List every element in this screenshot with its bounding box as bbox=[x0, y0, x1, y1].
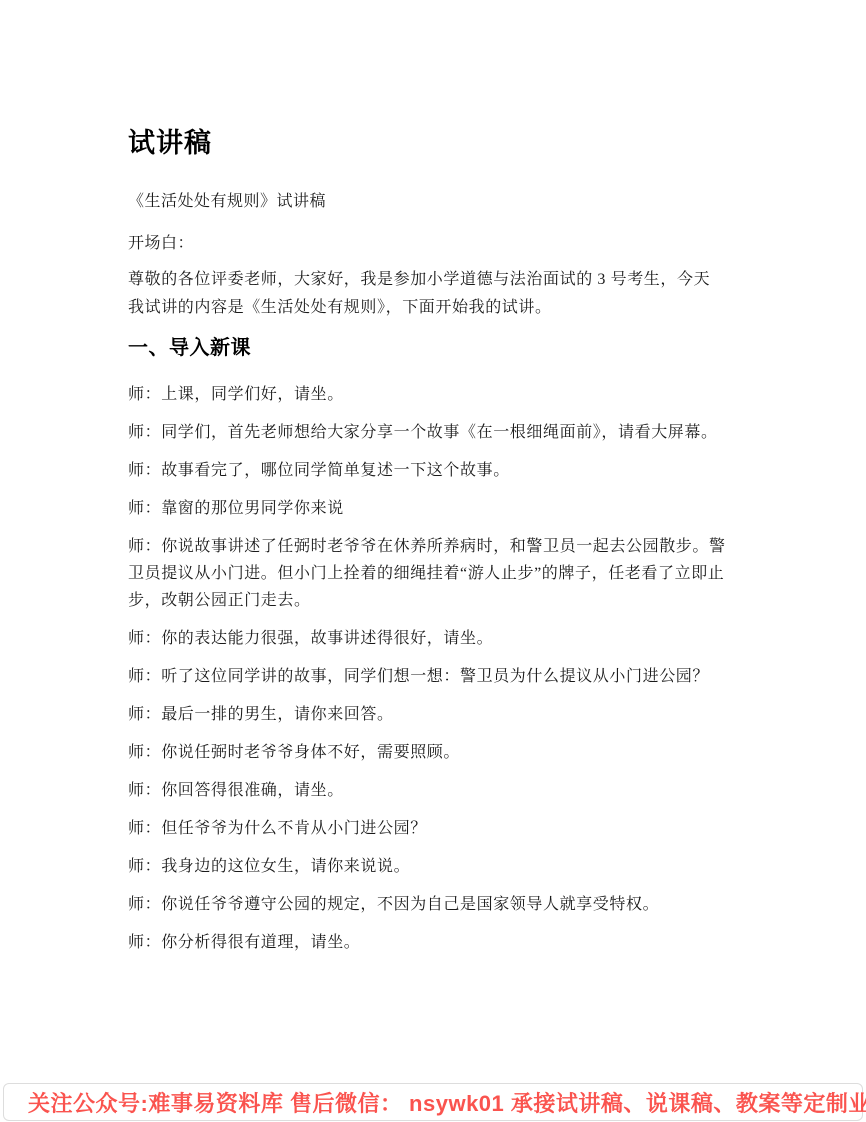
dialogue-paragraph: 师：靠窗的那位男同学你来说 bbox=[128, 495, 746, 522]
text-line: 尊敬的各位评委老师，大家好，我是参加小学道德与法治面试的 3 号考生，今天 bbox=[128, 266, 746, 294]
text-line: 卫员提议从小门进。但小门上拴着的细绳挂着“游人止步”的牌子，任老看了立即止 bbox=[128, 560, 746, 587]
section-heading: 一、导入新课 bbox=[128, 335, 746, 362]
dialogue-paragraph: 师：你说任弼时老爷爷身体不好，需要照顾。 bbox=[128, 739, 746, 766]
text-line: 师：你的表达能力很强，故事讲述得很好，请坐。 bbox=[128, 625, 746, 652]
promo-banner: 关注公众号:难事易资料库 售后微信： nsywk01 承接试讲稿、说课稿、教案等… bbox=[3, 1083, 863, 1121]
promo-banner-text: 关注公众号:难事易资料库 售后微信： nsywk01 承接试讲稿、说课稿、教案等… bbox=[28, 1087, 866, 1118]
text-line: 师：听了这位同学讲的故事，同学们想一想：警卫员为什么提议从小门进公园？ bbox=[128, 663, 746, 690]
dialogue-paragraph: 师：最后一排的男生，请你来回答。 bbox=[128, 701, 746, 728]
text-line: 师：最后一排的男生，请你来回答。 bbox=[128, 701, 746, 728]
text-line: 师：上课，同学们好，请坐。 bbox=[128, 381, 746, 408]
opening-label: 开场白： bbox=[128, 230, 746, 257]
dialogue-paragraph: 师：你说故事讲述了任弼时老爷爷在休养所养病时，和警卫员一起去公园散步。警卫员提议… bbox=[128, 533, 746, 614]
text-line: 步，改朝公园正门走去。 bbox=[128, 587, 746, 614]
dialogue-paragraphs: 师：上课，同学们好，请坐。师：同学们，首先老师想给大家分享一个故事《在一根细绳面… bbox=[128, 381, 746, 956]
text-line: 我试讲的内容是《生活处处有规则》，下面开始我的试讲。 bbox=[128, 294, 746, 322]
text-line: 师：你说故事讲述了任弼时老爷爷在休养所养病时，和警卫员一起去公园散步。警 bbox=[128, 533, 746, 560]
document-page: 试讲稿 《生活处处有规则》试讲稿 开场白： 尊敬的各位评委老师，大家好，我是参加… bbox=[0, 0, 866, 1122]
text-line: 师：你说任弼时老爷爷身体不好，需要照顾。 bbox=[128, 739, 746, 766]
text-line: 师：你说任爷爷遵守公园的规定，不因为自己是国家领导人就享受特权。 bbox=[128, 891, 746, 918]
text-line: 师：我身边的这位女生，请你来说说。 bbox=[128, 853, 746, 880]
dialogue-paragraph: 师：上课，同学们好，请坐。 bbox=[128, 381, 746, 408]
dialogue-paragraph: 师：听了这位同学讲的故事，同学们想一想：警卫员为什么提议从小门进公园？ bbox=[128, 663, 746, 690]
document-title: 试讲稿 bbox=[128, 126, 746, 160]
dialogue-paragraph: 师：我身边的这位女生，请你来说说。 bbox=[128, 853, 746, 880]
dialogue-paragraph: 师：但任爷爷为什么不肯从小门进公园？ bbox=[128, 815, 746, 842]
dialogue-paragraph: 师：你回答得很准确，请坐。 bbox=[128, 777, 746, 804]
text-line: 师：同学们，首先老师想给大家分享一个故事《在一根细绳面前》，请看大屏幕。 bbox=[128, 419, 746, 446]
dialogue-paragraph: 师：你说任爷爷遵守公园的规定，不因为自己是国家领导人就享受特权。 bbox=[128, 891, 746, 918]
opening-paragraph: 尊敬的各位评委老师，大家好，我是参加小学道德与法治面试的 3 号考生，今天我试讲… bbox=[128, 266, 746, 322]
text-line: 师：但任爷爷为什么不肯从小门进公园？ bbox=[128, 815, 746, 842]
dialogue-paragraph: 师：故事看完了，哪位同学简单复述一下这个故事。 bbox=[128, 457, 746, 484]
document-subtitle: 《生活处处有规则》试讲稿 bbox=[128, 188, 746, 215]
dialogue-paragraph: 师：你分析得很有道理，请坐。 bbox=[128, 929, 746, 956]
text-line: 师：靠窗的那位男同学你来说 bbox=[128, 495, 746, 522]
text-line: 师：你分析得很有道理，请坐。 bbox=[128, 929, 746, 956]
document-content: 试讲稿 《生活处处有规则》试讲稿 开场白： 尊敬的各位评委老师，大家好，我是参加… bbox=[128, 126, 746, 967]
dialogue-paragraph: 师：同学们，首先老师想给大家分享一个故事《在一根细绳面前》，请看大屏幕。 bbox=[128, 419, 746, 446]
dialogue-paragraph: 师：你的表达能力很强，故事讲述得很好，请坐。 bbox=[128, 625, 746, 652]
text-line: 师：故事看完了，哪位同学简单复述一下这个故事。 bbox=[128, 457, 746, 484]
text-line: 师：你回答得很准确，请坐。 bbox=[128, 777, 746, 804]
